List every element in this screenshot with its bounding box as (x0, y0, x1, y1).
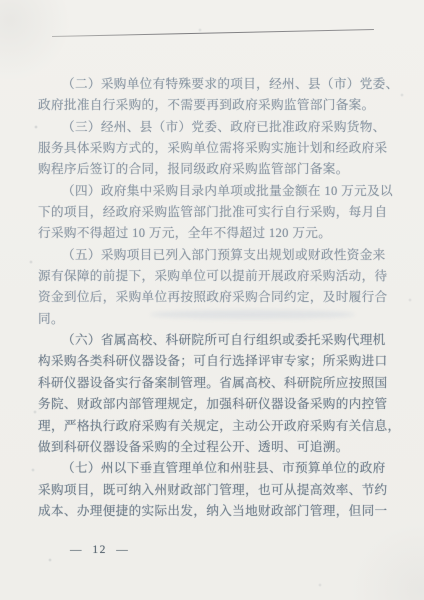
document-body: （二）采购单位有特殊要求的项目，经州、县（市）党委、 政府批准自行采购的，不需要… (38, 74, 394, 522)
text-line: （七）州以下垂直管理单位和州驻县、市预算单位的政府 (38, 458, 394, 479)
text-line: 下的项目，经政府采购监管部门批准可实行自行采购，每月自 (38, 202, 394, 223)
text-line: 行采购不得超过 10 万元，全年不得超过 120 万元。 (38, 223, 394, 244)
text-line: 购程序后签订的合同，报同级政府采购监管部门备案。 (38, 159, 394, 180)
text-line: 采购项目，既可纳入州财政部门管理，也可从提高效率、节约 (38, 480, 394, 501)
page-number: — 12 — (70, 544, 129, 556)
scan-artifact-line (52, 29, 374, 37)
text-line: 源有保障的前提下，采购单位可以提前开展政府采购活动，待 (38, 266, 394, 287)
text-line: 务院、财政部内部管理规定，加强科研仪器设备采购的内控管 (38, 394, 394, 415)
text-line: 政府批准自行采购的，不需要再到政府采购监管部门备案。 (38, 95, 394, 116)
scanned-document-page: （二）采购单位有特殊要求的项目，经州、县（市）党委、 政府批准自行采购的，不需要… (0, 0, 424, 600)
text-line: （三）经州、县（市）党委、政府已批准政府采购货物、 (38, 117, 394, 138)
text-line: 服务具体采购方式的，采购单位需将采购实施计划和经政府采 (38, 138, 394, 159)
text-line: （四）政府集中采购目录内单项或批量金额在 10 万元及以 (38, 181, 394, 202)
text-line: 科研仪器设备实行备案制管理。省属高校、科研院所应按照国 (38, 373, 394, 394)
text-line: （六）省属高校、科研院所可自行组织或委托采购代理机 (38, 330, 394, 351)
text-line: （五）采购项目已列入部门预算支出规划或财政性资金来 (38, 245, 394, 266)
text-line: 理，严格执行政府采购有关规定，主动公开政府采购有关信息， (38, 416, 394, 437)
text-line: 做到科研仪器设备采购的全过程公开、透明、可追溯。 (38, 437, 394, 458)
scan-smudge (150, 310, 355, 319)
text-line: （二）采购单位有特殊要求的项目，经州、县（市）党委、 (38, 74, 394, 95)
text-line: 成本、办理便捷的实际出发，纳入当地财政部门管理，但同一 (38, 501, 394, 522)
text-line: 资金到位后，采购单位再按照政府采购合同约定，及时履行合 (38, 287, 394, 308)
text-line: 构采购各类科研仪器设备；可自行选择评审专家；所采购进口 (38, 351, 394, 372)
